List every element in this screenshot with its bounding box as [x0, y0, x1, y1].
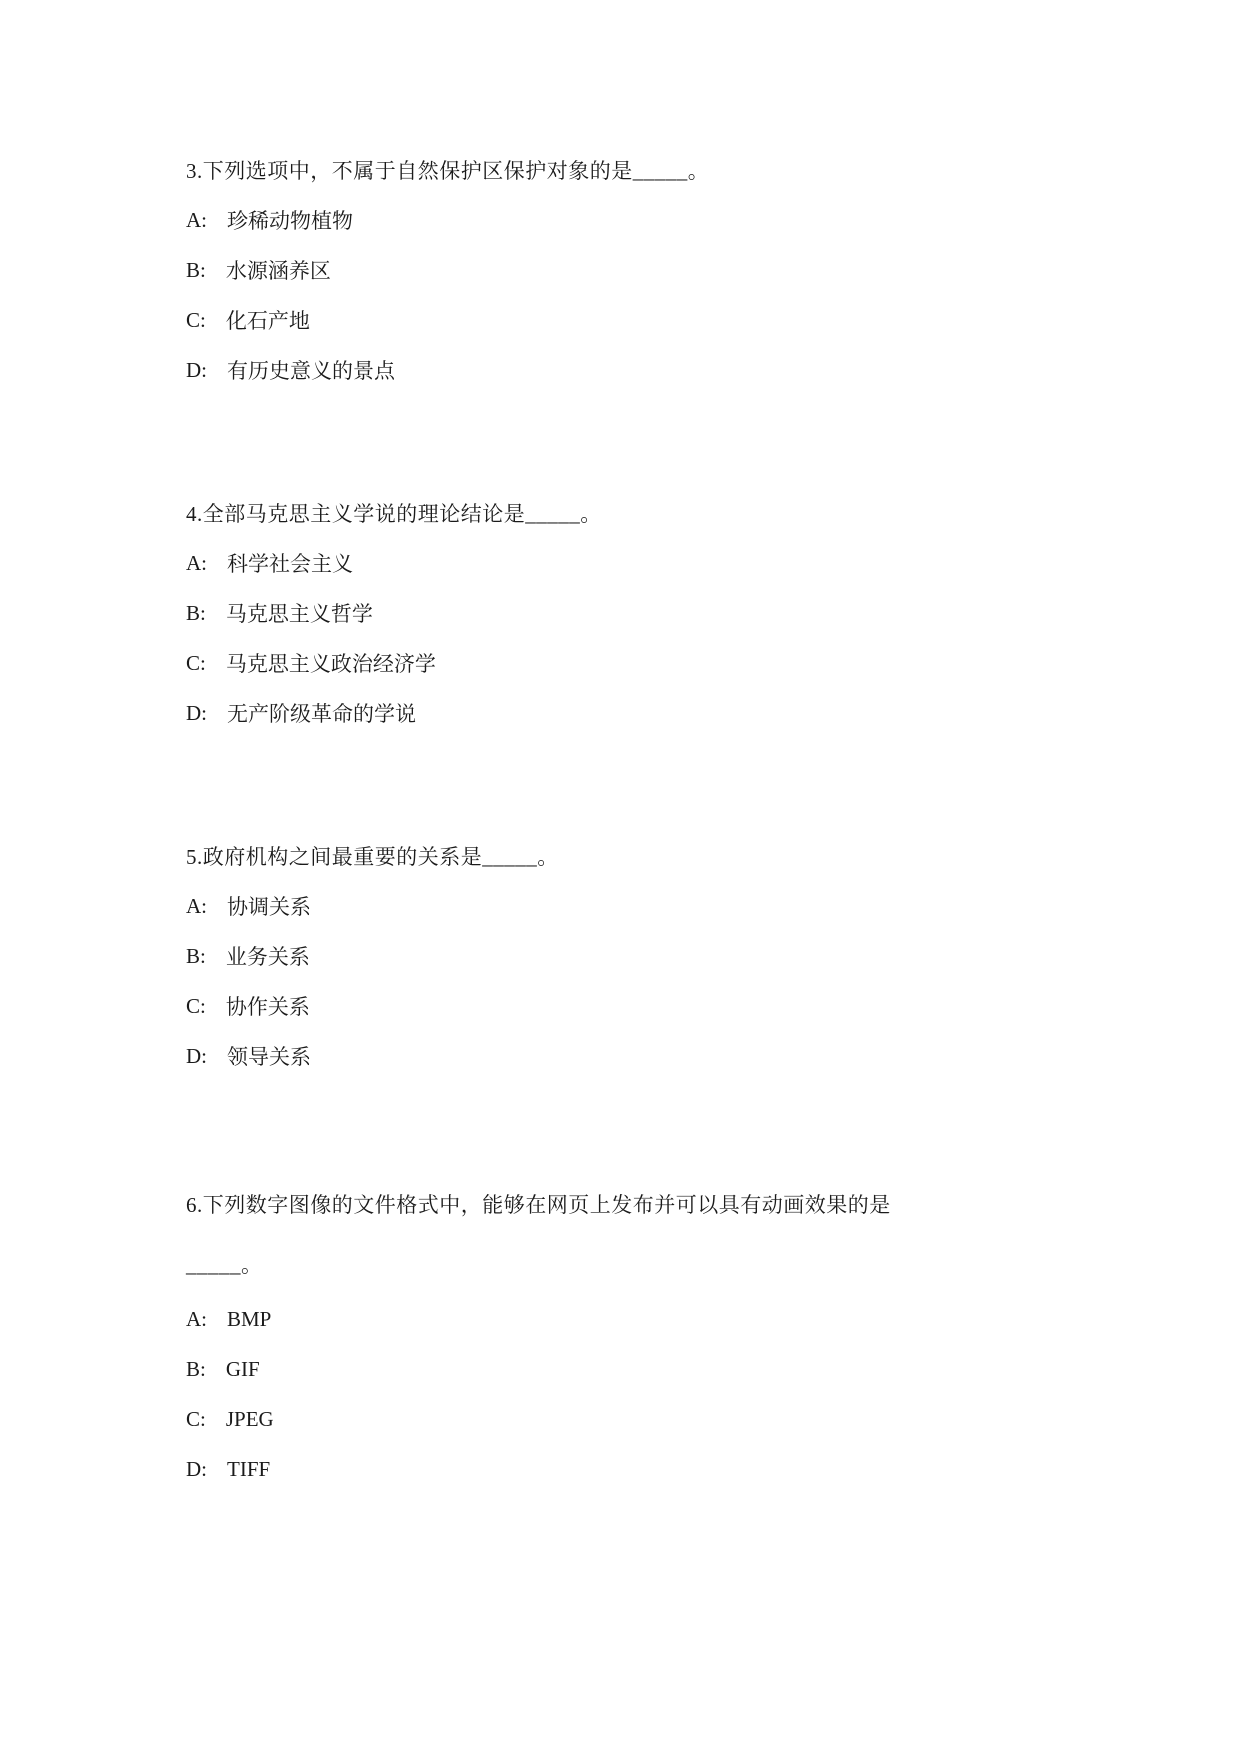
question-5-option-a: A: 协调关系 — [186, 881, 1100, 931]
option-label: C: — [186, 651, 206, 676]
option-label: D: — [186, 358, 207, 383]
question-3-option-b: B: 水源涵养区 — [186, 245, 1100, 295]
option-label: C: — [186, 994, 206, 1019]
option-label: A: — [186, 208, 207, 233]
question-6-option-c: C: JPEG — [186, 1394, 1100, 1444]
exam-page: 3.下列选项中，不属于自然保护区保护对象的是_____。 A: 珍稀动物植物 B… — [0, 0, 1240, 1753]
option-text: 水源涵养区 — [226, 255, 331, 285]
question-3-option-d: D: 有历史意义的景点 — [186, 345, 1100, 395]
question-4: 4.全部马克思主义学说的理论结论是_____。 A: 科学社会主义 B: 马克思… — [186, 488, 1100, 738]
question-4-option-a: A: 科学社会主义 — [186, 538, 1100, 588]
question-5-option-d: D: 领导关系 — [186, 1031, 1100, 1081]
option-label: A: — [186, 551, 207, 576]
option-text: 有历史意义的景点 — [227, 355, 395, 385]
option-label: B: — [186, 1357, 206, 1382]
question-6: 6.下列数字图像的文件格式中，能够在网页上发布并可以具有动画效果的是 _____… — [186, 1174, 1100, 1494]
option-text: 科学社会主义 — [227, 548, 353, 578]
option-text: 珍稀动物植物 — [227, 205, 353, 235]
option-text: TIFF — [227, 1457, 270, 1482]
option-label: D: — [186, 701, 207, 726]
option-label: C: — [186, 1407, 206, 1432]
option-text: 协调关系 — [227, 891, 311, 921]
question-5: 5.政府机构之间最重要的关系是_____。 A: 协调关系 B: 业务关系 C:… — [186, 831, 1100, 1081]
question-4-option-c: C: 马克思主义政治经济学 — [186, 638, 1100, 688]
option-label: B: — [186, 944, 206, 969]
option-text: 领导关系 — [227, 1041, 311, 1071]
option-text: 马克思主义政治经济学 — [226, 648, 436, 678]
option-label: D: — [186, 1457, 207, 1482]
option-text: 协作关系 — [226, 991, 310, 1021]
question-3: 3.下列选项中，不属于自然保护区保护对象的是_____。 A: 珍稀动物植物 B… — [186, 145, 1100, 395]
option-label: C: — [186, 308, 206, 333]
option-label: A: — [186, 894, 207, 919]
option-text: 无产阶级革命的学说 — [227, 698, 416, 728]
question-4-stem: 4.全部马克思主义学说的理论结论是_____。 — [186, 488, 1100, 538]
option-label: B: — [186, 258, 206, 283]
question-4-option-b: B: 马克思主义哲学 — [186, 588, 1100, 638]
question-6-option-a: A: BMP — [186, 1294, 1100, 1344]
option-text: 马克思主义哲学 — [226, 598, 373, 628]
option-text: GIF — [226, 1357, 260, 1382]
question-3-option-c: C: 化石产地 — [186, 295, 1100, 345]
question-6-stem-line-2: _____。 — [186, 1234, 1100, 1294]
question-5-stem: 5.政府机构之间最重要的关系是_____。 — [186, 831, 1100, 881]
question-5-option-b: B: 业务关系 — [186, 931, 1100, 981]
question-4-option-d: D: 无产阶级革命的学说 — [186, 688, 1100, 738]
option-label: A: — [186, 1307, 207, 1332]
question-5-option-c: C: 协作关系 — [186, 981, 1100, 1031]
question-3-stem: 3.下列选项中，不属于自然保护区保护对象的是_____。 — [186, 145, 1100, 195]
option-text: 业务关系 — [226, 941, 310, 971]
option-text: JPEG — [226, 1407, 274, 1432]
option-label: B: — [186, 601, 206, 626]
option-text: BMP — [227, 1307, 271, 1332]
question-6-option-d: D: TIFF — [186, 1444, 1100, 1494]
question-6-stem-line-1: 6.下列数字图像的文件格式中，能够在网页上发布并可以具有动画效果的是 — [186, 1174, 1100, 1234]
option-text: 化石产地 — [226, 305, 310, 335]
option-label: D: — [186, 1044, 207, 1069]
question-6-option-b: B: GIF — [186, 1344, 1100, 1394]
question-3-option-a: A: 珍稀动物植物 — [186, 195, 1100, 245]
